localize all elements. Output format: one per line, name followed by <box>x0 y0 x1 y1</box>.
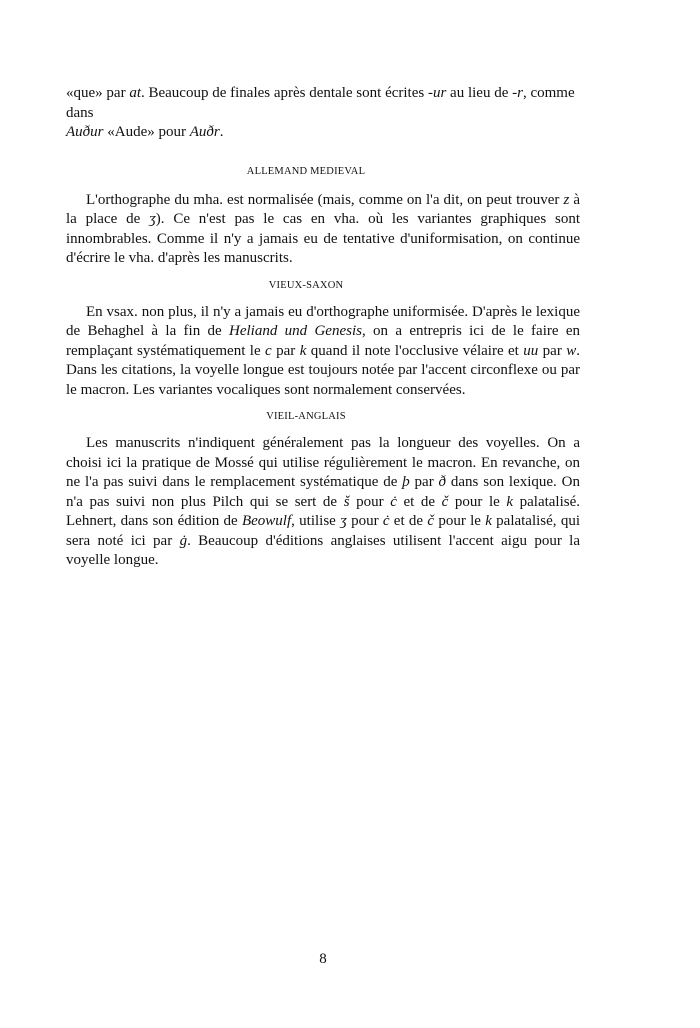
paragraph-vieux-saxon: En vsax. non plus, il n'y a jamais eu d'… <box>66 303 580 401</box>
intro-paragraph: «que» par at. Beaucoup de finales après … <box>66 84 580 143</box>
italic-term: ʒ <box>149 211 156 227</box>
italic-title: Heliand und Genesis <box>229 323 362 339</box>
section-heading-vieux-saxon: VIEUX-SAXON <box>66 279 580 293</box>
italic-term: ur <box>433 85 446 101</box>
text-run: pour le <box>434 513 485 529</box>
italic-term: at <box>129 85 141 101</box>
text-run: et de <box>390 513 428 529</box>
paragraph-vieil-anglais: Les manuscrits n'indiquent généralement … <box>66 434 580 571</box>
italic-term: w <box>566 343 576 359</box>
document-page: «que» par at. Beaucoup de finales après … <box>66 84 580 571</box>
text-run: . <box>220 124 224 140</box>
italic-term: ċ <box>383 513 390 529</box>
text-run: au lieu de - <box>446 85 517 101</box>
section-heading-allemand-medieval: ALLEMAND MEDIEVAL <box>66 165 580 179</box>
section-heading-vieil-anglais: VIEIL-ANGLAIS <box>66 410 580 424</box>
text-run: et de <box>397 494 442 510</box>
text-run: L'orthographe du mha. est normalisée (ma… <box>86 192 563 208</box>
text-run: pour <box>350 494 391 510</box>
text-run: pour <box>347 513 383 529</box>
page-number: 8 <box>0 951 646 968</box>
text-run: par <box>410 474 439 490</box>
italic-term: uu <box>523 343 538 359</box>
italic-term: Auður <box>66 124 104 140</box>
text-run: . Beaucoup de finales après dentale sont… <box>141 85 433 101</box>
text-run: par <box>538 343 566 359</box>
italic-term: Auðr <box>190 124 220 140</box>
italic-term: þ <box>402 474 410 490</box>
italic-term: c <box>265 343 272 359</box>
italic-term: ð <box>439 474 447 490</box>
italic-term: k <box>485 513 492 529</box>
italic-term: ċ <box>390 494 397 510</box>
text-run: «que» par <box>66 85 129 101</box>
text-run: , utilise <box>291 513 340 529</box>
text-run: par <box>272 343 300 359</box>
text-run: «Aude» pour <box>104 124 190 140</box>
italic-term: ʒ <box>340 513 347 529</box>
italic-term: ġ <box>180 533 188 549</box>
text-run: quand il note l'occlusive vélaire et <box>306 343 523 359</box>
text-run: pour le <box>448 494 506 510</box>
paragraph-allemand-medieval: L'orthographe du mha. est normalisée (ma… <box>66 191 580 269</box>
italic-title: Beowulf <box>242 513 291 529</box>
